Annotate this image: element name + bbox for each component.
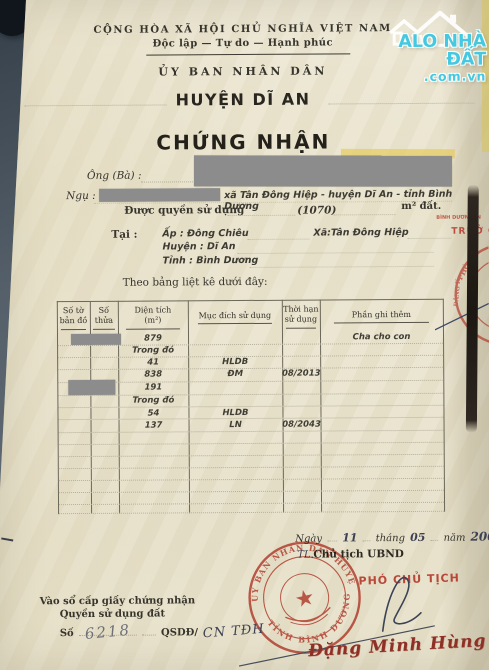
date-year-handwritten: 2004 [470,529,489,543]
table-row-line [59,511,444,514]
table-row-line [59,490,444,493]
registry-qsdd-label: QSDĐ/ [161,627,198,638]
watermark-brand-text: ALO NHÀ ĐẤT [356,33,486,71]
table-row-line [59,466,444,469]
cell-dien-tich: 41 [118,357,188,367]
location-commune: Xã:Tân Đông Hiệp [313,227,408,239]
pen-line-right [435,297,489,333]
watermark-brand-block: ALO NHÀ ĐẤT .com.vn [356,33,486,84]
residence-label: Ngụ : [66,190,96,202]
area-dots-right [333,214,395,215]
seal-star-icon: ★ [293,585,318,614]
date-year-label: năm [444,533,466,544]
cell-dien-tich: 879 [118,333,188,343]
cell-muc-dich: ĐM [188,369,282,380]
cell-thoi-han: 08/2043 [280,420,324,430]
table-row-line [59,478,444,481]
table-row-line [59,454,444,457]
cell-dien-tich: 838 [118,369,188,379]
location-province: Tỉnh : Bình Dương [163,255,259,267]
registry-line1: Vào sổ cấp giấy chứng nhận [40,595,196,607]
table-header-muc-dich: Mục đích sử dụng [188,311,282,325]
redaction-box-name [194,155,452,186]
area-dots-left [227,215,295,216]
cell-dien-tich: Trong đó [118,345,188,355]
redaction-box-residence [99,188,220,202]
motto-underline [146,53,350,55]
table-top-border [57,299,444,302]
book-code-handwritten: CN TĐH [203,622,266,642]
redaction-bar-parcel-2 [68,380,115,395]
watermark-domain-text: .com.vn [356,69,486,83]
location-dots-1 [247,239,309,240]
recipient-name-label: Ông (Bà) : [87,170,142,182]
recipient-name-dots [141,181,193,182]
table-row-line [59,430,444,433]
registry-line2: Quyền sử dụng đất [60,608,165,620]
district-name: HUYỆN DĨ AN [0,89,488,111]
cell-thoi-han: 08/2013 [279,369,323,379]
date-month-handwritten: 05 [410,531,425,544]
area-value: (1070) [297,204,336,216]
registry-line3: Số 6218 QSDĐ/ CN TĐH [60,620,265,640]
redaction-bar-parcel-1 [71,334,121,345]
table-header-phan-ghi-them: Phần ghi thêm [320,310,443,324]
page-fold-dark-strip [466,185,479,433]
location-hamlet: Ấp : Đông Chiêu [162,228,248,240]
certificate-content: CỘNG HÒA XÃ HỘI CHỦ NGHĨA VIỆT NAM Độc l… [0,0,489,670]
location-district: Huyện : Dĩ An [162,241,235,252]
cell-muc-dich: HLDB [188,408,282,419]
cell-muc-dich: LN [189,420,283,431]
book-number-handwritten: 6218 [84,621,132,643]
cell-dien-tich: 137 [119,420,189,430]
table-header-so-to: Số tờ bản đồ [57,306,90,330]
pen-mark-left-edge [1,537,13,541]
cell-dien-tich: 54 [118,408,188,418]
cell-muc-dich: HLDB [188,357,282,368]
cell-dien-tich: Trong đó [118,395,188,405]
table-row-line [59,502,444,505]
cell-ghi-them: Cha cho con [320,332,443,343]
table-row-line [59,442,444,445]
location-label: Tại : [111,229,137,241]
cell-dien-tich: 191 [118,382,188,392]
photo-of-land-certificate: { "watermark": { "brand": "ALO NHÀ ĐẤT",… [0,0,489,670]
table-header-dien-tich: Diện tích (m²) [118,305,188,329]
residence-address: xã Tân Đông Hiệp - huyện Dĩ An - tỉnh Bì… [224,189,488,213]
area-unit: m² đất. [401,201,441,212]
location-dots-4 [250,266,434,268]
land-parcel-table: Số tờ bản đồ Số thửa Diện tích (m²) Mục … [57,299,445,514]
date-month-label: tháng [376,533,405,544]
table-header-so-thua: Số thửa [90,306,118,330]
table-row-line [58,380,443,383]
location-dots-3 [237,252,433,254]
listing-intro: Theo bảng liệt kê dưới đây: [123,276,268,289]
table-row-line [58,393,443,396]
registry-number-label: Số [60,628,74,639]
table-header-thoi-han: Thời hạn sử dụng [282,305,320,329]
